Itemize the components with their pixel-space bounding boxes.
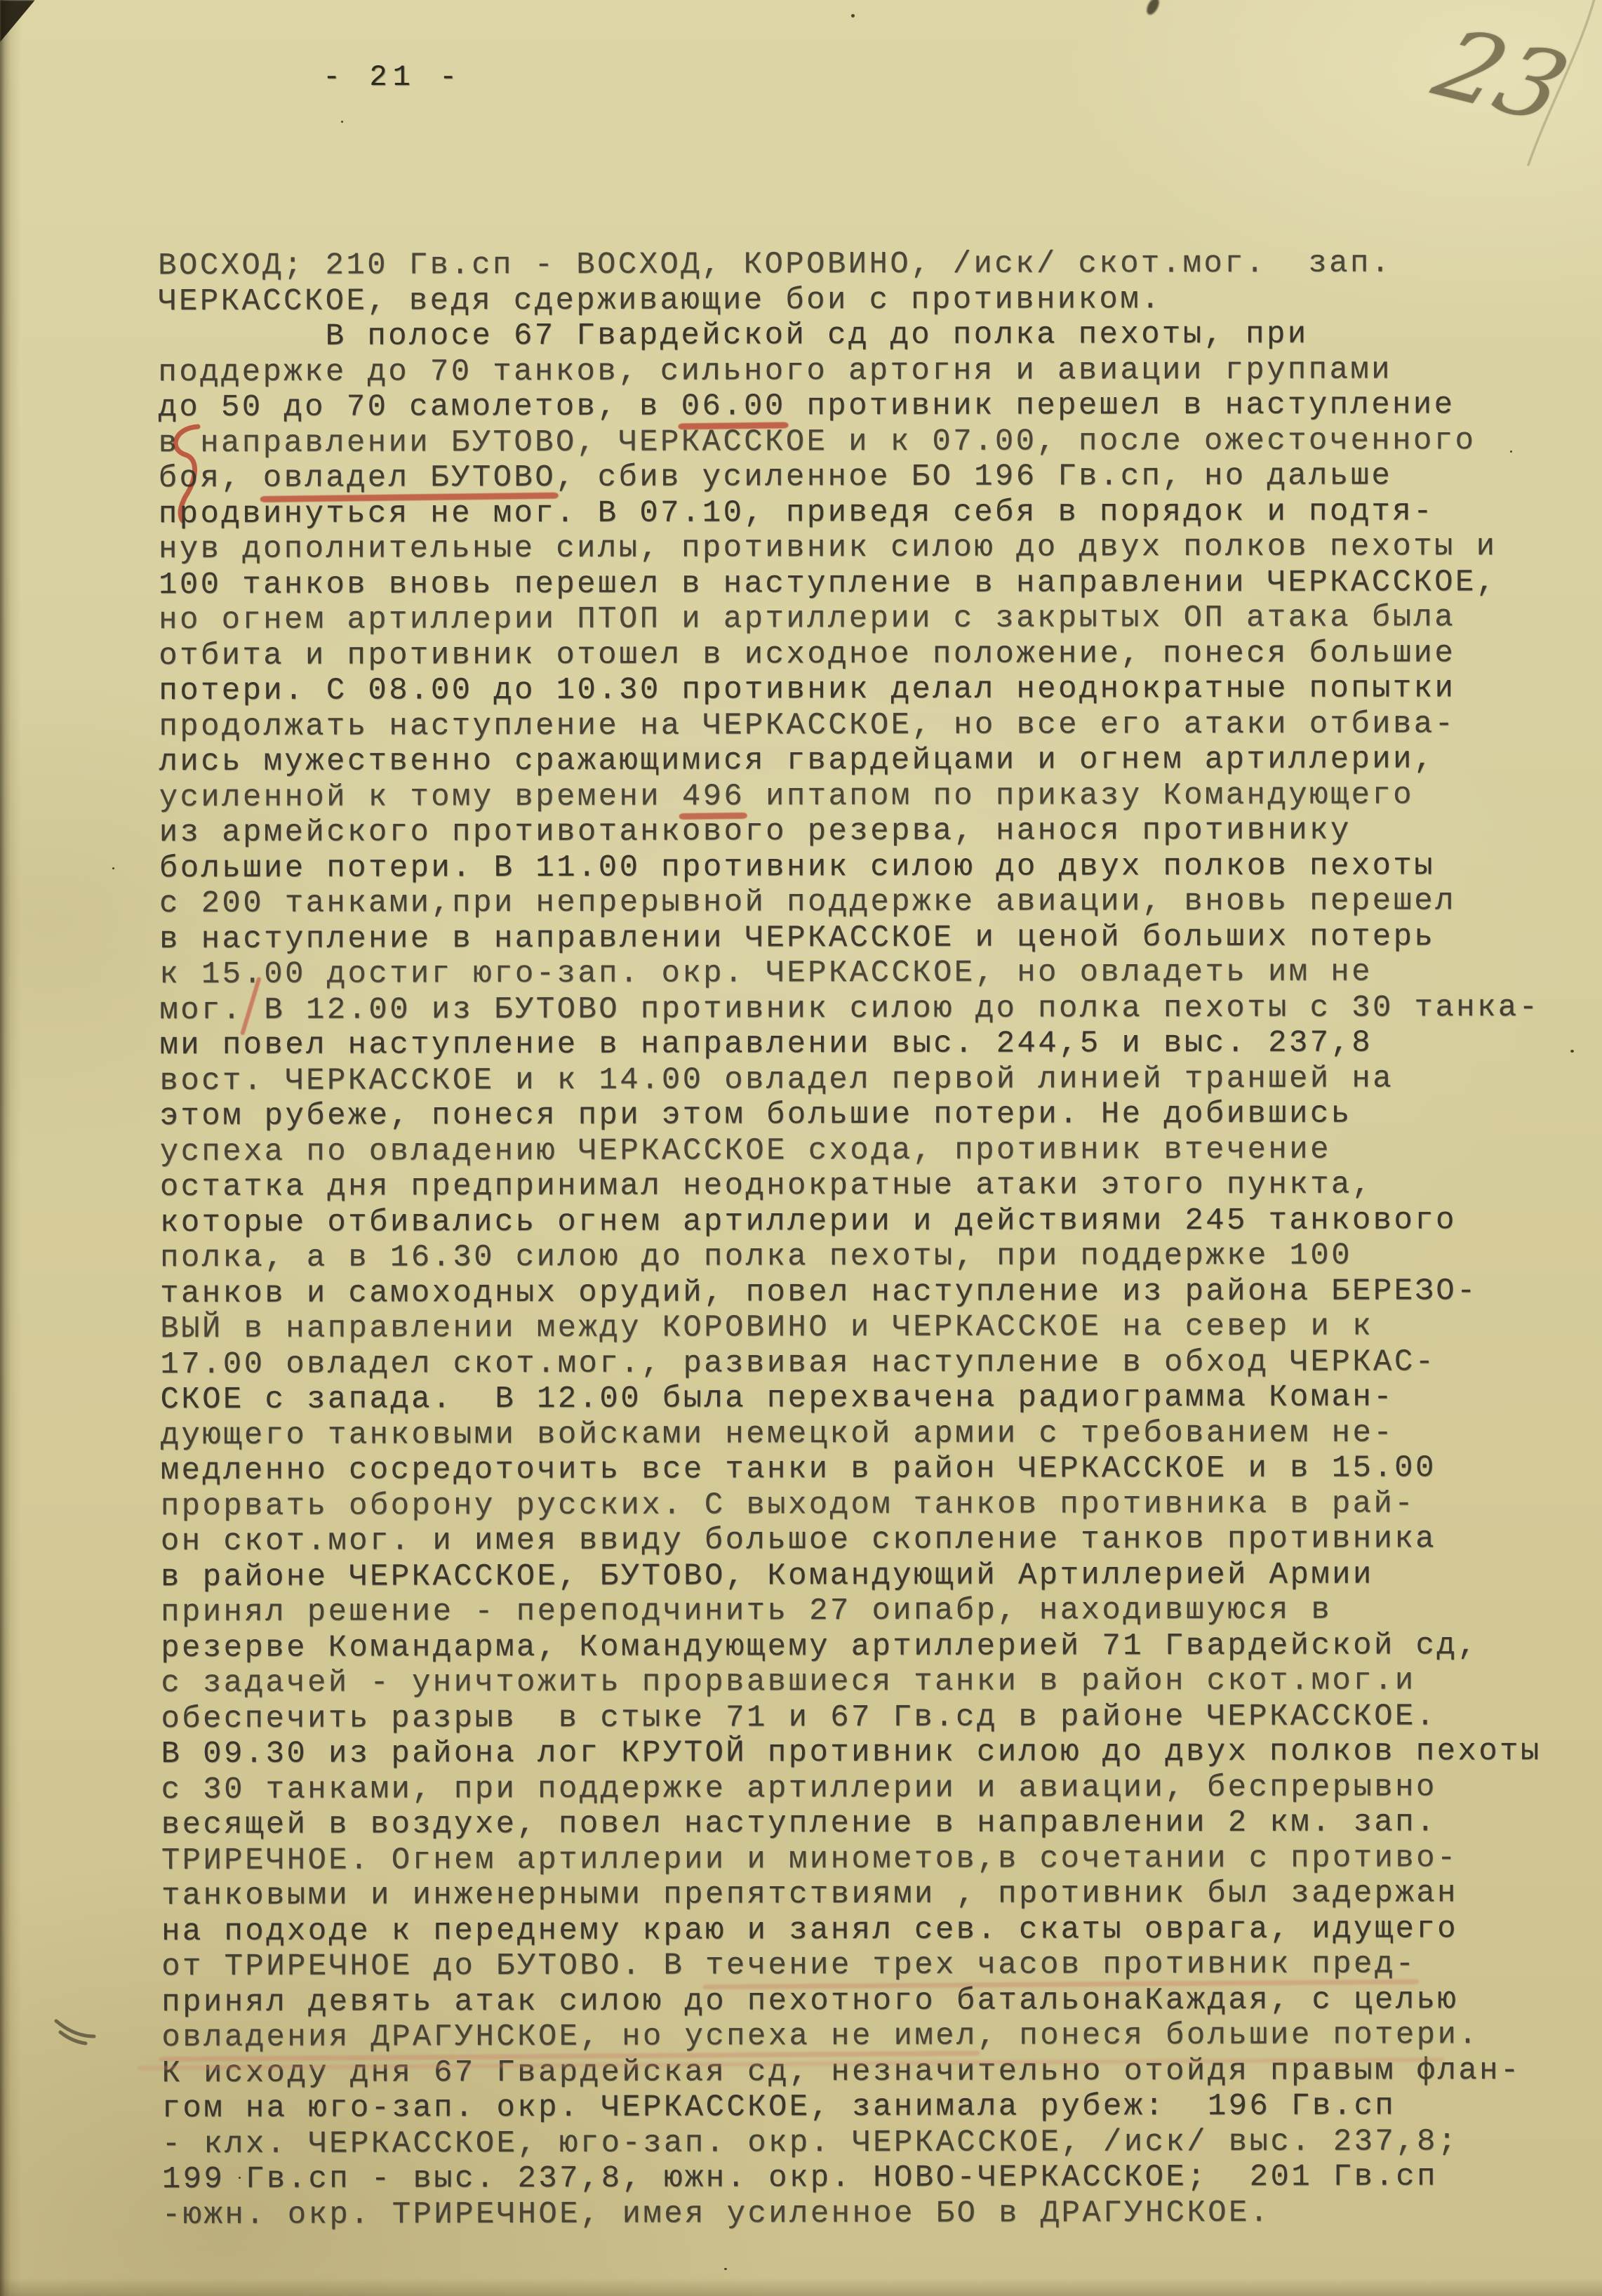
text-line: вост. ЧЕРКАССКОЕ и к 14.00 овладел перво… xyxy=(159,1060,1540,1099)
page-number: - 21 - xyxy=(323,60,462,94)
text-line: медленно сосредоточить все танки в район… xyxy=(161,1450,1541,1489)
text-line: до 50 до 70 самолетов, в 06.00 противник… xyxy=(158,387,1538,426)
red-annotation: овладения ДРАГУНСКОЕ, но успеха не имел xyxy=(161,2019,977,2055)
text-line: к 15.00 достиг юго-зап. окр. ЧЕРКАССКОЕ,… xyxy=(159,954,1540,993)
text-line: - клх. ЧЕРКАССКОЕ, юго-зап. окр. ЧЕРКАСС… xyxy=(162,2123,1542,2162)
text-line: усиленной к тому времени 496 иптапом по … xyxy=(159,777,1540,815)
text-line: успеха по овладению ЧЕРКАССКОЕ схода, пр… xyxy=(160,1131,1540,1170)
red-annotation: 496 xyxy=(682,779,745,814)
text-line: продвинуться не мог. В 07.10, приведя се… xyxy=(159,493,1539,532)
text-line: танковыми и инженерными препятствиями , … xyxy=(161,1876,1542,1914)
text-line: с задачей - уничтожить прорвавшиеся танк… xyxy=(161,1663,1541,1702)
text-line: отбита и противник отошел в исходное пол… xyxy=(159,635,1539,674)
text-line: принял решение - переподчинить 27 оипабр… xyxy=(161,1592,1541,1631)
text-line: овладения ДРАГУНСКОЕ, но успеха не имел,… xyxy=(161,2017,1542,2056)
text-line: поддержке до 70 танков, сильного артогня… xyxy=(158,352,1538,390)
red-annotation: В 12.00 xyxy=(264,992,410,1027)
text-line: гом на юго-зап. окр. ЧЕРКАССКОЕ, занимал… xyxy=(162,2088,1542,2127)
ink-smudge xyxy=(1144,0,1162,17)
text-line: которые отбивались огнем артиллерии и де… xyxy=(160,1202,1540,1241)
dust-speck xyxy=(341,121,343,123)
dust-speck xyxy=(239,2177,241,2179)
text-line: весящей в воздухе, повел наступление в н… xyxy=(161,1805,1542,1843)
red-annotation: течение трех часов противник пред- xyxy=(705,1947,1416,1983)
text-line: СКОЕ с запада. В 12.00 была перехвачена … xyxy=(160,1380,1540,1418)
text-line: в направлении БУТОВО, ЧЕРКАССКОЕ и к 07.… xyxy=(159,422,1539,461)
dust-speck xyxy=(1570,1050,1574,1053)
dust-speck xyxy=(851,14,855,18)
red-annotation: 06.00 xyxy=(681,389,786,424)
text-line: из армейского противотанкового резерва, … xyxy=(159,813,1540,851)
text-line: ВЫЙ в направлении между КОРОВИНО и ЧЕРКА… xyxy=(160,1309,1540,1347)
text-line: К исходу дня 67 Гвардейская сд, незначит… xyxy=(161,2053,1542,2091)
text-line: лись мужественно сражающимися гвардейцам… xyxy=(159,742,1540,780)
text-line: 100 танков вновь перешел в наступление в… xyxy=(159,564,1539,603)
text-line: потери. С 08.00 до 10.30 противник делал… xyxy=(159,671,1539,709)
text-line: на подходе к переднему краю и занял сев.… xyxy=(161,1911,1542,1949)
text-line: в наступление в направлении ЧЕРКАССКОЕ и… xyxy=(159,919,1540,957)
scanned-document-page: - 21 - 23 ВОСХОД; 210 Гв.сп - ВОСХОД, КО… xyxy=(0,0,1602,2296)
red-annotation: овладел БУТОВО xyxy=(263,460,556,496)
text-line: ВОСХОД; 210 Гв.сп - ВОСХОД, КОРОВИНО, /и… xyxy=(158,246,1538,284)
text-line: боя, овладел БУТОВО, сбив усиленное БО 1… xyxy=(159,458,1539,497)
text-line: мог. В 12.00 из БУТОВО противник силою д… xyxy=(159,989,1540,1028)
text-line: В полосе 67 Гвардейской сд до полка пехо… xyxy=(158,316,1538,355)
dust-speck xyxy=(724,2268,727,2270)
text-line: В 09.30 из района лог КРУТОЙ противник с… xyxy=(161,1734,1541,1773)
text-line: этом рубеже, понеся при этом большие пот… xyxy=(160,1096,1540,1135)
text-line: полка, а в 16.30 силою до полка пехоты, … xyxy=(160,1238,1540,1276)
dust-speck xyxy=(1510,450,1512,453)
typewritten-text-block: ВОСХОД; 210 Гв.сп - ВОСХОД, КОРОВИНО, /и… xyxy=(158,246,1542,2233)
text-line: -южн. окр. ТРИРЕЧНОЕ, имея усиленное БО … xyxy=(162,2194,1542,2233)
text-line: но огнем артиллерии ПТОП и артиллерии с … xyxy=(159,600,1539,639)
text-line: продолжать наступление на ЧЕРКАССКОЕ, но… xyxy=(159,706,1539,745)
text-line: обеспечить разрыв в стыке 71 и 67 Гв.сд … xyxy=(161,1698,1541,1737)
handwritten-page-number: 23 xyxy=(1420,8,1582,144)
text-line: резерве Командарма, Командующему артилле… xyxy=(161,1627,1541,1666)
text-line: от ТРИРЕЧНОЕ до БУТОВО. В течение трех ч… xyxy=(161,1947,1542,1985)
text-line: ТРИРЕЧНОЕ. Огнем артиллерии и минометов,… xyxy=(161,1840,1542,1878)
text-line: танков и самоходных орудий, повел наступ… xyxy=(160,1273,1540,1311)
scan-corner-shadow xyxy=(0,0,35,42)
text-line: с 30 танками, при поддержке артиллерии и… xyxy=(161,1769,1542,1808)
scan-edge-shadow-bottom xyxy=(0,2278,1602,2296)
text-line: дующего танковыми войсками немецкой арми… xyxy=(161,1415,1541,1453)
text-line: 199 Гв.сп - выс. 237,8, южн. окр. НОВО-Ч… xyxy=(162,2159,1542,2198)
text-line: большие потери. В 11.00 противник силою … xyxy=(159,848,1540,886)
text-line: нув дополнительные силы, противник силою… xyxy=(159,529,1539,568)
text-line: прорвать оборону русских. С выходом танк… xyxy=(161,1486,1541,1524)
text-line: ми повел наступление в направлении выс. … xyxy=(159,1025,1540,1064)
text-line: с 200 танками,при непрерывной поддержке … xyxy=(159,883,1540,922)
text-line: ЧЕРКАССКОЕ, ведя сдерживающие бои с прот… xyxy=(158,281,1538,319)
text-line: принял девять атак силою до пехотного ба… xyxy=(161,1982,1542,2020)
text-line: остатка дня предпринимал неоднократные а… xyxy=(160,1167,1540,1206)
text-line: в районе ЧЕРКАССКОЕ, БУТОВО, Командующий… xyxy=(161,1556,1541,1595)
text-line: он скот.мог. и имея ввиду большое скопле… xyxy=(161,1521,1541,1560)
text-line: 17.00 овладел скот.мог., развивая наступ… xyxy=(160,1344,1540,1382)
scan-edge-shadow xyxy=(0,0,21,2296)
pencil-margin-mark xyxy=(51,2008,100,2057)
dust-speck xyxy=(112,867,114,869)
